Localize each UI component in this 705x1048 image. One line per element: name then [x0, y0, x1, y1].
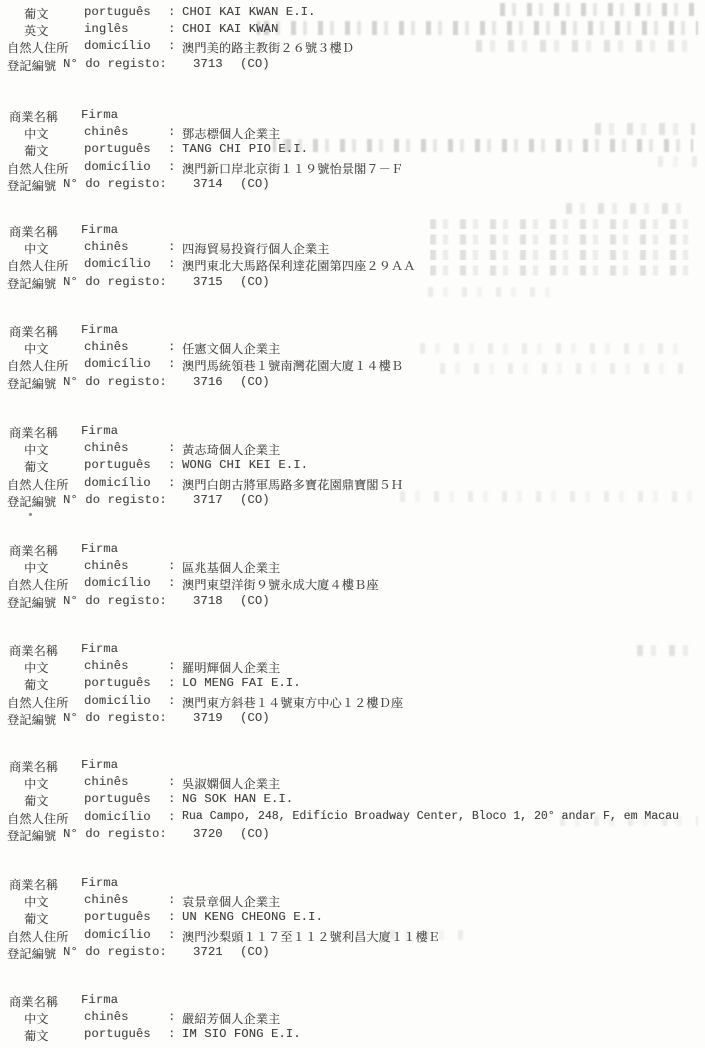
chinese-name-label-zh: 中文 — [24, 1010, 49, 1027]
portuguese-name-label-pt: português — [84, 910, 151, 924]
separator-colon: : — [168, 1010, 175, 1024]
registration-type-code: (CO) — [240, 827, 270, 841]
registration-row: 登記編號N° do registo:3713(CO) — [0, 57, 705, 74]
registration-label-zh: 登記編號 — [7, 594, 56, 611]
registration-label-zh: 登記編號 — [7, 827, 56, 844]
registry-entry: 商業名稱Firma中文chinês:鄧志標個人企業主葡文português:TA… — [0, 108, 705, 194]
scan-noise-artifact — [566, 203, 694, 214]
chinese-name-value: 區兆基個人企業主 — [182, 559, 280, 576]
registration-label-pt: N° do registo: — [63, 493, 167, 507]
registration-type-code: (CO) — [240, 493, 270, 507]
portuguese-name-value: NG SOK HAN E.I. — [182, 792, 293, 806]
registration-label-zh: 登記編號 — [7, 177, 56, 194]
domicile-label-pt: domicílio — [84, 810, 151, 824]
portuguese-name-value: UN KENG CHEONG E.I. — [182, 910, 323, 924]
firma-label-zh: 商業名稱 — [9, 424, 58, 441]
chinese-name-row: 中文chinês:袁景章個人企業主 — [0, 893, 705, 910]
portuguese-name-label-pt: português — [84, 458, 151, 472]
registration-value: 3715 — [193, 275, 223, 289]
firma-label-pt: Firma — [81, 642, 118, 656]
separator-colon: : — [168, 22, 175, 36]
separator-colon: : — [168, 441, 175, 455]
registration-value: 3717 — [193, 493, 223, 507]
firma-label-zh: 商業名稱 — [9, 876, 58, 893]
chinese-name-row: 中文chinês:羅明輝個人企業主 — [0, 659, 705, 676]
chinese-name-label-zh: 中文 — [24, 775, 49, 792]
registration-row: 登記編號N° do registo:3717(CO) — [0, 493, 705, 510]
english-name-row: 英文inglês:CHOI KAI KWAN — [0, 22, 705, 39]
registration-value: 3718 — [193, 594, 223, 608]
firma-label-zh: 商業名稱 — [9, 223, 58, 240]
firma-row: 商業名稱Firma — [0, 108, 705, 125]
registry-entry: 商業名稱Firma中文chinês:嚴紹芳個人企業主葡文português:IM… — [0, 993, 705, 1045]
firma-row: 商業名稱Firma — [0, 876, 705, 893]
portuguese-name-label-pt: português — [84, 676, 151, 690]
separator-colon: : — [168, 5, 175, 19]
chinese-name-row: 中文chinês:鄧志標個人企業主 — [0, 125, 705, 142]
separator-colon: : — [168, 559, 175, 573]
registration-label-pt: N° do registo: — [63, 57, 167, 71]
portuguese-name-row: 葡文português:TANG CHI PIO E.I. — [0, 142, 705, 159]
chinese-name-row: 中文chinês:吳淑嫻個人企業主 — [0, 775, 705, 792]
firma-label-pt: Firma — [81, 424, 118, 438]
registration-value: 3716 — [193, 375, 223, 389]
separator-colon: : — [168, 659, 175, 673]
portuguese-name-label-zh: 葡文 — [24, 1027, 49, 1044]
firma-label-zh: 商業名稱 — [9, 108, 58, 125]
separator-colon: : — [168, 340, 175, 354]
portuguese-name-row: 葡文português:NG SOK HAN E.I. — [0, 792, 705, 809]
portuguese-name-row: 葡文português:WONG CHI KEI E.I. — [0, 458, 705, 475]
domicile-row: 自然人住所domicílio:澳門馬統領巷１號南灣花園大廈１４樓Ｂ — [0, 357, 705, 374]
chinese-name-value: 鄧志標個人企業主 — [182, 125, 280, 142]
portuguese-name-row: 葡文português:UN KENG CHEONG E.I. — [0, 910, 705, 927]
english-name-label-zh: 英文 — [24, 22, 49, 39]
registry-entry: 商業名稱Firma中文chinês:羅明輝個人企業主葡文português:LO… — [0, 642, 705, 728]
registration-row: 登記編號N° do registo:3715(CO) — [0, 275, 705, 292]
separator-colon: : — [168, 476, 175, 490]
registration-label-pt: N° do registo: — [63, 375, 167, 389]
domicile-row: 自然人住所domicílio:澳門新口岸北京街１１９號怡景閣７－Ｆ — [0, 160, 705, 177]
registration-row: 登記編號N° do registo:3716(CO) — [0, 375, 705, 392]
domicile-label-pt: domicílio — [84, 257, 151, 271]
registration-label-zh: 登記編號 — [7, 711, 56, 728]
domicile-label-zh: 自然人住所 — [7, 357, 68, 374]
domicile-label-pt: domicílio — [84, 576, 151, 590]
chinese-name-value: 羅明輝個人企業主 — [182, 659, 280, 676]
firma-label-pt: Firma — [81, 323, 118, 337]
registry-entry: 商業名稱Firma中文chinês:吳淑嫻個人企業主葡文português:NG… — [0, 758, 705, 844]
firma-row: 商業名稱Firma — [0, 642, 705, 659]
portuguese-name-label-pt: português — [84, 792, 151, 806]
registration-label-zh: 登記編號 — [7, 57, 56, 74]
registration-value: 3714 — [193, 177, 223, 191]
firma-label-pt: Firma — [81, 108, 118, 122]
domicile-row: 自然人住所domicílio:澳門沙梨頭１１７至１１２號利昌大廈１１樓Ｅ — [0, 928, 705, 945]
chinese-name-label-pt: chinês — [84, 893, 128, 907]
separator-colon: : — [168, 257, 175, 271]
chinese-name-row: 中文chinês:任憲文個人企業主 — [0, 340, 705, 357]
portuguese-name-label-pt: português — [84, 142, 151, 156]
registration-row: 登記編號N° do registo:3721(CO) — [0, 945, 705, 962]
firma-label-pt: Firma — [81, 223, 118, 237]
registration-label-pt: N° do registo: — [63, 275, 167, 289]
registry-entry: 商業名稱Firma中文chinês:區兆基個人企業主自然人住所domicílio… — [0, 542, 705, 611]
registration-label-zh: 登記編號 — [7, 945, 56, 962]
chinese-name-label-zh: 中文 — [24, 659, 49, 676]
registry-entry: 葡文português:CHOI KAI KWAN E.I.英文inglês:C… — [0, 5, 705, 74]
registration-label-pt: N° do registo: — [63, 594, 167, 608]
registration-label-zh: 登記編號 — [7, 375, 56, 392]
registration-type-code: (CO) — [240, 275, 270, 289]
separator-colon: : — [168, 893, 175, 907]
separator-colon: : — [168, 910, 175, 924]
portuguese-name-value: CHOI KAI KWAN E.I. — [182, 5, 315, 19]
domicile-label-pt: domicílio — [84, 694, 151, 708]
domicile-value: 澳門白朗古將軍馬路多寶花園鼎寶閣５Ｈ — [182, 476, 403, 493]
domicile-value: 澳門東北大馬路保利達花園第四座２９ＡＡ — [182, 257, 415, 274]
domicile-value: 澳門東方斜巷１４號東方中心１２樓Ｄ座 — [182, 694, 403, 711]
firma-row: 商業名稱Firma — [0, 223, 705, 240]
domicile-label-pt: domicílio — [84, 476, 151, 490]
domicile-row: 自然人住所domicílio:澳門東方斜巷１４號東方中心１２樓Ｄ座 — [0, 694, 705, 711]
chinese-name-value: 黃志琦個人企業主 — [182, 441, 280, 458]
chinese-name-value: 任憲文個人企業主 — [182, 340, 280, 357]
domicile-label-pt: domicílio — [84, 39, 151, 53]
firma-label-zh: 商業名稱 — [9, 642, 58, 659]
separator-colon: : — [168, 240, 175, 254]
registration-value: 3719 — [193, 711, 223, 725]
domicile-row: 自然人住所domicílio:澳門美的路主教街２６號３樓Ｄ — [0, 39, 705, 56]
portuguese-name-value: TANG CHI PIO E.I. — [182, 142, 308, 156]
portuguese-name-label-zh: 葡文 — [24, 5, 49, 22]
separator-colon: : — [168, 928, 175, 942]
chinese-name-label-pt: chinês — [84, 1010, 128, 1024]
chinese-name-row: 中文chinês:四海貿易投資行個人企業主 — [0, 240, 705, 257]
chinese-name-value: 袁景章個人企業主 — [182, 893, 280, 910]
firma-label-zh: 商業名稱 — [9, 993, 58, 1010]
firma-row: 商業名稱Firma — [0, 758, 705, 775]
registration-label-pt: N° do registo: — [63, 711, 167, 725]
chinese-name-label-pt: chinês — [84, 240, 128, 254]
english-name-label-pt: inglês — [84, 22, 128, 36]
chinese-name-label-pt: chinês — [84, 125, 128, 139]
domicile-label-zh: 自然人住所 — [7, 476, 68, 493]
domicile-row: 自然人住所domicílio:澳門白朗古將軍馬路多寶花園鼎寶閣５Ｈ — [0, 476, 705, 493]
portuguese-name-row: 葡文português:CHOI KAI KWAN E.I. — [0, 5, 705, 22]
chinese-name-label-pt: chinês — [84, 559, 128, 573]
domicile-value: 澳門馬統領巷１號南灣花園大廈１４樓Ｂ — [182, 357, 403, 374]
separator-colon: : — [168, 125, 175, 139]
registration-label-pt: N° do registo: — [63, 827, 167, 841]
portuguese-name-label-zh: 葡文 — [24, 676, 49, 693]
chinese-name-label-pt: chinês — [84, 659, 128, 673]
chinese-name-label-zh: 中文 — [24, 441, 49, 458]
domicile-label-zh: 自然人住所 — [7, 928, 68, 945]
separator-colon: : — [168, 142, 175, 156]
portuguese-name-label-pt: português — [84, 1027, 151, 1041]
registry-entry: 商業名稱Firma中文chinês:四海貿易投資行個人企業主自然人住所domic… — [0, 223, 705, 292]
chinese-name-value: 四海貿易投資行個人企業主 — [182, 240, 329, 257]
portuguese-name-label-zh: 葡文 — [24, 142, 49, 159]
registration-value: 3720 — [193, 827, 223, 841]
separator-colon: : — [168, 1027, 175, 1041]
portuguese-name-row: 葡文português:LO MENG FAI E.I. — [0, 676, 705, 693]
registry-entry: 商業名稱Firma中文chinês:袁景章個人企業主葡文português:UN… — [0, 876, 705, 962]
registration-row: 登記編號N° do registo:3719(CO) — [0, 711, 705, 728]
chinese-name-value: 嚴紹芳個人企業主 — [182, 1010, 280, 1027]
domicile-value: 澳門東望洋街９號永成大廈４樓Ｂ座 — [182, 576, 379, 593]
registration-row: 登記編號N° do registo:3718(CO) — [0, 594, 705, 611]
domicile-label-zh: 自然人住所 — [7, 576, 68, 593]
domicile-label-zh: 自然人住所 — [7, 257, 68, 274]
registration-row: 登記編號N° do registo:3714(CO) — [0, 177, 705, 194]
separator-colon: : — [168, 39, 175, 53]
portuguese-name-value: IM SIO FONG E.I. — [182, 1027, 301, 1041]
domicile-label-pt: domicílio — [84, 160, 151, 174]
domicile-value: 澳門新口岸北京街１１９號怡景閣７－Ｆ — [182, 160, 403, 177]
portuguese-name-label-pt: português — [84, 5, 151, 19]
registration-label-zh: 登記編號 — [7, 275, 56, 292]
registry-entry: 商業名稱Firma中文chinês:任憲文個人企業主自然人住所domicílio… — [0, 323, 705, 392]
firma-row: 商業名稱Firma — [0, 993, 705, 1010]
domicile-row: 自然人住所domicílio:Rua Campo, 248, Edifício … — [0, 810, 705, 827]
firma-label-pt: Firma — [81, 876, 118, 890]
firma-label-pt: Firma — [81, 993, 118, 1007]
chinese-name-label-pt: chinês — [84, 340, 128, 354]
separator-colon: : — [168, 357, 175, 371]
firma-label-zh: 商業名稱 — [9, 542, 58, 559]
chinese-name-label-pt: chinês — [84, 441, 128, 455]
domicile-label-zh: 自然人住所 — [7, 694, 68, 711]
chinese-name-row: 中文chinês:區兆基個人企業主 — [0, 559, 705, 576]
domicile-label-zh: 自然人住所 — [7, 39, 68, 56]
separator-colon: : — [168, 160, 175, 174]
portuguese-name-label-zh: 葡文 — [24, 792, 49, 809]
registration-type-code: (CO) — [240, 177, 270, 191]
domicile-label-zh: 自然人住所 — [7, 810, 68, 827]
chinese-name-label-zh: 中文 — [24, 125, 49, 142]
chinese-name-value: 吳淑嫻個人企業主 — [182, 775, 280, 792]
domicile-row: 自然人住所domicílio:澳門東北大馬路保利達花園第四座２９ＡＡ — [0, 257, 705, 274]
registration-type-code: (CO) — [240, 711, 270, 725]
separator-colon: : — [168, 458, 175, 472]
separator-colon: : — [168, 694, 175, 708]
registry-entry: 商業名稱Firma中文chinês:黃志琦個人企業主葡文português:WO… — [0, 424, 705, 510]
separator-colon: : — [168, 792, 175, 806]
chinese-name-label-zh: 中文 — [24, 340, 49, 357]
domicile-value: 澳門美的路主教街２６號３樓Ｄ — [182, 39, 354, 56]
registration-label-pt: N° do registo: — [63, 945, 167, 959]
registration-label-zh: 登記編號 — [7, 493, 56, 510]
chinese-name-label-zh: 中文 — [24, 240, 49, 257]
separator-colon: : — [168, 676, 175, 690]
firma-row: 商業名稱Firma — [0, 542, 705, 559]
domicile-row: 自然人住所domicílio:澳門東望洋街９號永成大廈４樓Ｂ座 — [0, 576, 705, 593]
firma-label-pt: Firma — [81, 542, 118, 556]
separator-colon: : — [168, 810, 175, 824]
portuguese-name-label-zh: 葡文 — [24, 458, 49, 475]
chinese-name-label-zh: 中文 — [24, 559, 49, 576]
chinese-name-label-zh: 中文 — [24, 893, 49, 910]
registration-type-code: (CO) — [240, 375, 270, 389]
scan-speck — [29, 513, 32, 516]
registration-type-code: (CO) — [240, 594, 270, 608]
firma-row: 商業名稱Firma — [0, 323, 705, 340]
firma-label-zh: 商業名稱 — [9, 758, 58, 775]
registration-type-code: (CO) — [240, 57, 270, 71]
separator-colon: : — [168, 576, 175, 590]
portuguese-name-row: 葡文português:IM SIO FONG E.I. — [0, 1027, 705, 1044]
portuguese-name-value: LO MENG FAI E.I. — [182, 676, 301, 690]
registration-type-code: (CO) — [240, 945, 270, 959]
firma-label-zh: 商業名稱 — [9, 323, 58, 340]
firma-row: 商業名稱Firma — [0, 424, 705, 441]
separator-colon: : — [168, 775, 175, 789]
document-page: 葡文português:CHOI KAI KWAN E.I.英文inglês:C… — [0, 0, 705, 1048]
chinese-name-label-pt: chinês — [84, 775, 128, 789]
registration-row: 登記編號N° do registo:3720(CO) — [0, 827, 705, 844]
domicile-value: Rua Campo, 248, Edifício Broadway Center… — [182, 810, 679, 823]
domicile-label-pt: domicílio — [84, 928, 151, 942]
domicile-value: 澳門沙梨頭１１７至１１２號利昌大廈１１樓Ｅ — [182, 928, 440, 945]
registration-label-pt: N° do registo: — [63, 177, 167, 191]
domicile-label-zh: 自然人住所 — [7, 160, 68, 177]
registration-value: 3721 — [193, 945, 223, 959]
registration-value: 3713 — [193, 57, 223, 71]
portuguese-name-label-zh: 葡文 — [24, 910, 49, 927]
portuguese-name-value: WONG CHI KEI E.I. — [182, 458, 308, 472]
english-name-value: CHOI KAI KWAN — [182, 22, 278, 36]
chinese-name-row: 中文chinês:黃志琦個人企業主 — [0, 441, 705, 458]
domicile-label-pt: domicílio — [84, 357, 151, 371]
firma-label-pt: Firma — [81, 758, 118, 772]
chinese-name-row: 中文chinês:嚴紹芳個人企業主 — [0, 1010, 705, 1027]
